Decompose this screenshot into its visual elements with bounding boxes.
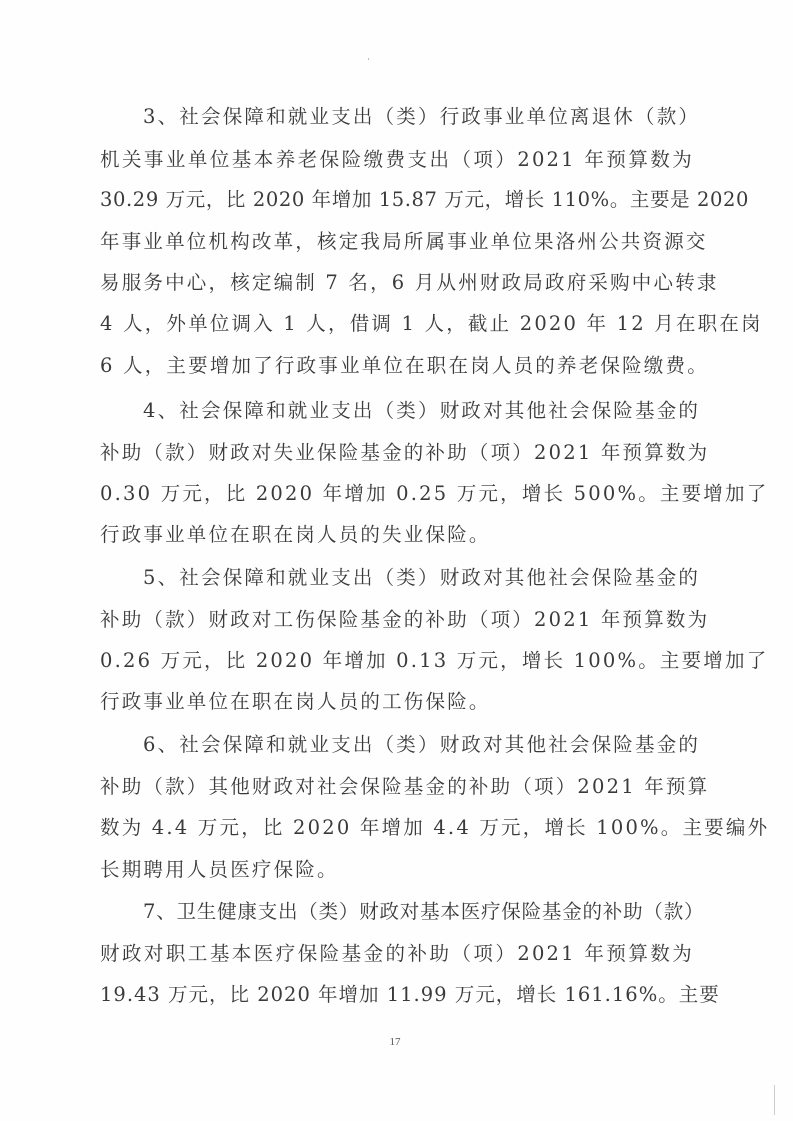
paragraph-line: 补助（款）财政对失业保险基金的补助（项）2021 年预算数为 [100, 440, 694, 466]
paragraph-line: 财政对职工基本医疗保险基金的补助（项）2021 年预算数为 [100, 941, 694, 967]
paragraph-line: 7、卫生健康支出（类）财政对基本医疗保险基金的补助（款） [143, 899, 694, 925]
paragraph-line: 行政事业单位在职在岗人员的工伤保险。 [100, 689, 694, 715]
paragraph-line: 0.30 万元，比 2020 年增加 0.25 万元，增长 500%。主要增加了 [100, 481, 694, 507]
paragraph-line: 0.26 万元，比 2020 年增加 0.13 万元，增长 100%。主要增加了 [100, 648, 694, 674]
paragraph-line: 6、社会保障和就业支出（类）财政对其他社会保险基金的 [143, 732, 694, 758]
paragraph-line: 年事业单位机构改革，核定我局所属事业单位果洛州公共资源交 [100, 229, 694, 255]
paragraph-line: 机关事业单位基本养老保险缴费支出（项）2021 年预算数为 [100, 147, 694, 173]
paragraph-line: 补助（款）财政对工伤保险基金的补助（项）2021 年预算数为 [100, 607, 694, 633]
paragraph-line: 5、社会保障和就业支出（类）财政对其他社会保险基金的 [143, 565, 694, 591]
paragraph-line: 30.29 万元，比 2020 年增加 15.87 万元，增长 110%。主要是… [100, 187, 694, 213]
document-page: 3、社会保障和就业支出（类）行政事业单位离退休（款） 机关事业单位基本养老保险缴… [0, 0, 793, 1121]
scan-speck [368, 58, 369, 60]
paragraph-line: 补助（款）其他财政对社会保险基金的补助（项）2021 年预算 [100, 774, 694, 800]
paragraph-line: 长期聘用人员医疗保险。 [100, 857, 694, 883]
paragraph-line: 19.43 万元，比 2020 年增加 11.99 万元，增长 161.16%。… [100, 982, 694, 1008]
paragraph-line: 6 人，主要增加了行政事业单位在职在岗人员的养老保险缴费。 [100, 353, 694, 379]
paragraph-line: 4 人，外单位调入 1 人，借调 1 人，截止 2020 年 12 月在职在岗 [100, 311, 694, 337]
paragraph-line: 易服务中心，核定编制 7 名，6 月从州财政局政府采购中心转隶 [100, 270, 694, 296]
paragraph-line: 3、社会保障和就业支出（类）行政事业单位离退休（款） [143, 104, 694, 130]
paragraph-line: 行政事业单位在职在岗人员的失业保险。 [100, 522, 694, 548]
scan-edge-mark [774, 1085, 775, 1115]
paragraph-line: 数为 4.4 万元，比 2020 年增加 4.4 万元，增长 100%。主要编外 [100, 815, 694, 841]
page-number: 17 [380, 1036, 410, 1048]
paragraph-line: 4、社会保障和就业支出（类）财政对其他社会保险基金的 [143, 398, 694, 424]
